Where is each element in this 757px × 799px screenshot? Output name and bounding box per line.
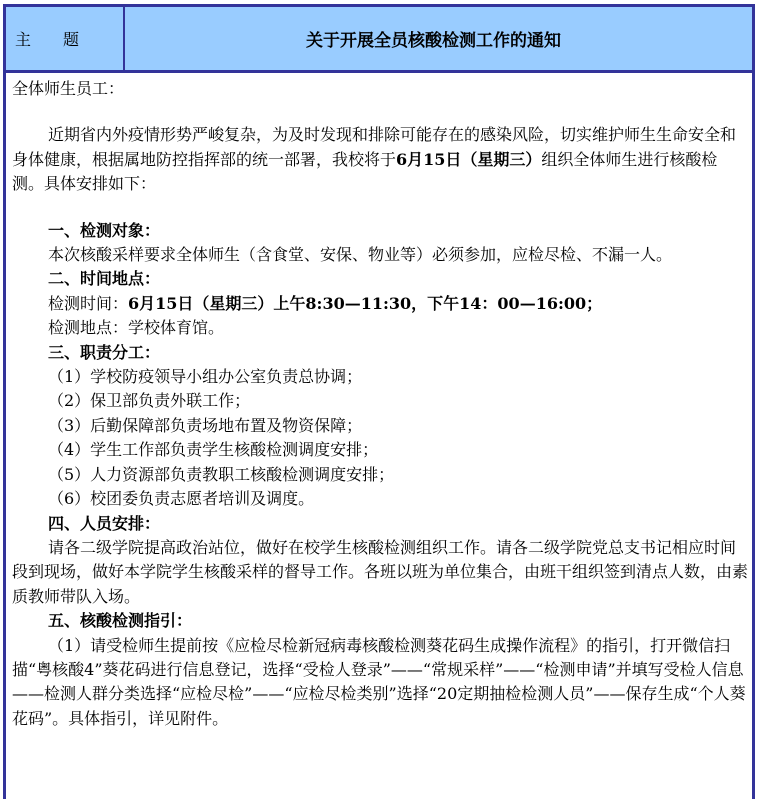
subject-label: 主 题 [6,7,125,70]
section-text-5: （1）请受检师生提前按《应检尽检新冠病毒核酸检测葵花码生成操作流程》的指引，打开… [12,634,749,732]
intro-date: 6月15日（星期三） [396,150,541,169]
duty-item: （2）保卫部负责外联工作； [12,389,749,413]
intro-paragraph: 近期省内外疫情形势严峻复杂，为及时发现和排除可能存在的感染风险，切实维护师生生命… [12,123,749,196]
time-value: 6月15日（星期三）上午8:30—11:30，下午14：00—16:00； [128,294,602,313]
salutation: 全体师生员工： [12,77,749,101]
time-line: 检测时间：6月15日（星期三）上午8:30—11:30，下午14：00—16:0… [12,292,749,316]
notice-body: 全体师生员工： 近期省内外疫情形势严峻复杂，为及时发现和排除可能存在的感染风险，… [6,73,752,731]
section-text-1: 本次核酸采样要求全体师生（含食堂、安保、物业等）必须参加，应检尽检、不漏一人。 [12,243,749,267]
notice-title: 关于开展全员核酸检测工作的通知 [125,7,752,70]
duty-item: （6）校团委负责志愿者培训及调度。 [12,487,749,511]
section-heading-1: 一、检测对象： [12,219,749,243]
duty-item: （3）后勤保障部负责场地布置及物资保障； [12,414,749,438]
section-heading-5: 五、核酸检测指引： [12,609,749,633]
notice-table: 主 题 关于开展全员核酸检测工作的通知 全体师生员工： 近期省内外疫情形势严峻复… [3,4,755,799]
section-heading-3: 三、职责分工： [12,341,749,365]
notice-header: 主 题 关于开展全员核酸检测工作的通知 [6,7,752,73]
duty-item: （4）学生工作部负责学生核酸检测调度安排； [12,438,749,462]
duty-item: （5）人力资源部负责教职工核酸检测调度安排； [12,463,749,487]
section-heading-2: 二、时间地点： [12,267,749,291]
duty-item: （1）学校防疫领导小组办公室负责总协调； [12,365,749,389]
place-line: 检测地点：学校体育馆。 [12,316,749,340]
section-heading-4: 四、人员安排： [12,512,749,536]
section-text-4: 请各二级学院提高政治站位，做好在校学生核酸检测组织工作。请各二级学院党总支书记相… [12,536,749,609]
